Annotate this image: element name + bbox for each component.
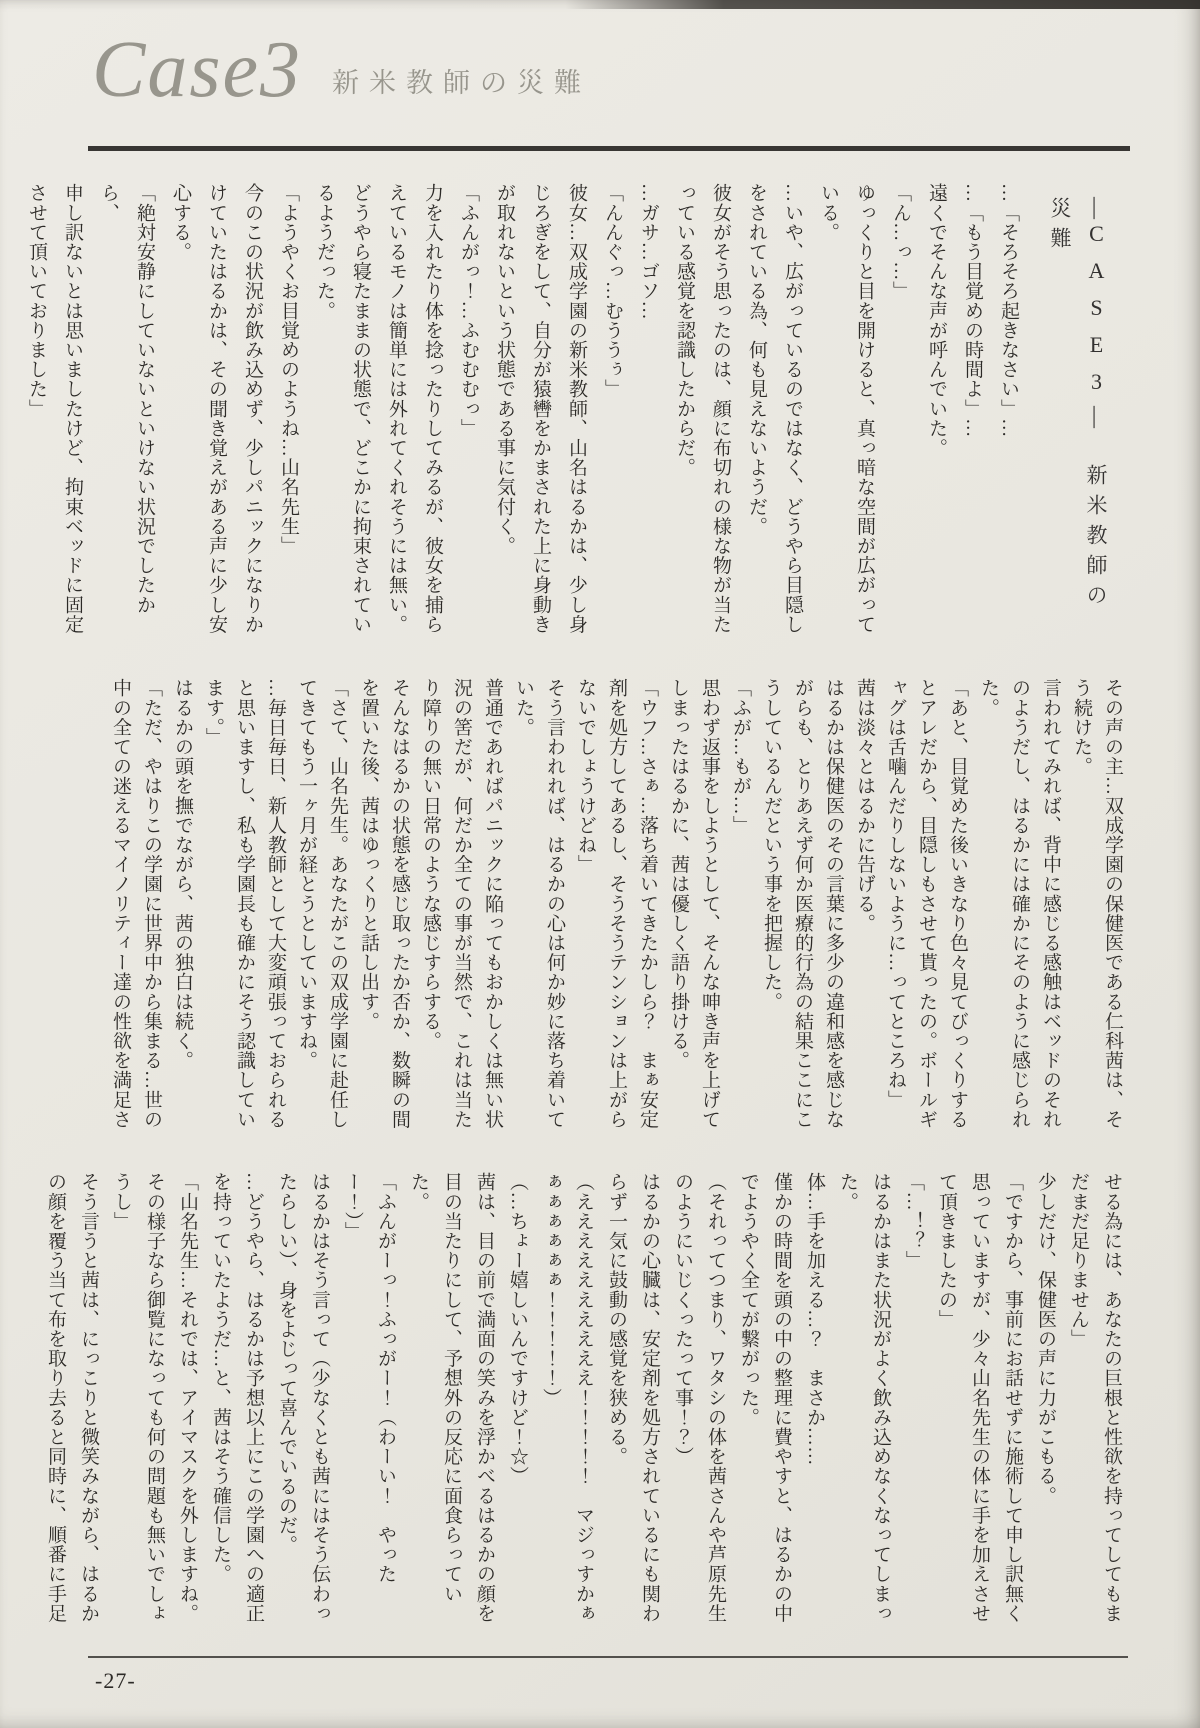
text-column: を置いた後、茜はゆっくりと話し出す。 [353,678,384,1133]
text-column: うしているんだという事を把握した。 [756,678,787,1133]
page-header: Case3 新米教師の災難 [92,30,591,110]
text-column: だまだ足りません」 [1062,1172,1095,1624]
scan-artifact-top-edge [565,0,1200,9]
case-title: Case3 [92,30,302,110]
text-column: ャグは舌噛んだりしないように…ってところね」 [880,678,911,1133]
text-column: せる為には、あなたの巨根と性欲を持ってしてもま [1095,1172,1128,1624]
text-column: て頂きましたの」 [930,1172,963,1624]
text-column: でようやく全てが繋がった。 [732,1172,765,1624]
text-column: 彼女…双成学園の新米教師、山名はるかは、少し身 [558,183,594,635]
text-column: 申し訳ないとは思いましたけど、拘束ベッドに固定 [54,183,90,635]
text-column: 思わず返事をしようとして、そんな呻き声を上げて [694,678,725,1133]
text-column: の顔を覆う当て布を取り去ると同時に、順番に手足 [39,1172,72,1624]
text-column: を持っていたようだ…と、茜はそう確信した。 [204,1172,237,1624]
text-column: 少しだけ、保健医の声に力がこもる。 [1029,1172,1062,1624]
heading-dash: ― [1084,197,1109,221]
text-column: てきてもう一ヶ月が経とうとしていますね。 [291,678,322,1133]
heading-title: CASE3 [1084,221,1109,406]
scanned-novel-page: Case3 新米教師の災難 ―CASE3―新米教師の災難 …「そろそろ起きなさい… [0,0,1200,1728]
text-column: …どうやら、はるかは予想以上にこの学園への適正 [237,1172,270,1624]
text-column: 「ふが…もが…」 [725,678,756,1133]
text-column: 体…手を加える…？ まさか…… [798,1172,831,1624]
text-column: たらしい）、身をよじって喜んでいるのだ。 [270,1172,303,1624]
text-column: えているモノは簡単には外れてくれそうには無い。 [378,183,414,635]
text-column: 彼女がそう思ったのは、顔に布切れの様な物が当た [702,183,738,635]
text-column: …「もう目覚めの時間よ」… [954,183,990,635]
text-column: らず一気に鼓動の感覚を狭める。 [600,1172,633,1624]
text-column: （それってつまり、ワタシの体を茜さんや芦原先生 [699,1172,732,1624]
text-column: 「ふんがっ！…ふむむむっ」 [450,183,486,635]
text-column: …いや、広がっているのではなく、どうやら目隠し [774,183,810,635]
text-column: 剤を処方してあるし、そうそうテンションは上がら [601,678,632,1133]
text-column: 「ん…っ…」 [882,183,918,635]
text-column: 心する。 [162,183,198,635]
page-number: -27- [95,1668,136,1694]
text-column: …毎日毎日、新人教師として大変頑張っておられる [260,678,291,1133]
text-column: その様子なら御覧になっても何の問題も無いでしょ [138,1172,171,1624]
text-column: そう言うと茜は、にっこりと微笑みながら、はるか [72,1172,105,1624]
footer-rule [88,1656,1128,1658]
text-column: う続けた。 [1066,678,1097,1133]
case-subtitle: 新米教師の災難 [332,61,591,100]
text-column: 今のこの状況が飲み込めず、少しパニックになりか [234,183,270,635]
text-column: と思いますし、私も学園長も確かにそう認識してい [229,678,260,1133]
text-column: （…ちょー嬉しいんですけど！☆） [501,1172,534,1624]
text-column: 目の当たりにして、予想外の反応に面食らっていた。 [402,1172,468,1624]
text-column: 「んんぐっ…むううぅ」 [594,183,630,635]
text-column: 茜は淡々とはるかに告げる。 [849,678,880,1133]
text-column: 思っていますが、少々山名先生の体に手を加えさせ [963,1172,996,1624]
text-column: 「ですから、事前にお話せずに施術して申し訳無く [996,1172,1029,1624]
text-column: けていたはるかは、その聞き覚えがある声に少し安 [198,183,234,635]
text-column: …ガサ…ゴソ… [630,183,666,635]
text-column: しまったはるかに、茜は優しく語り掛ける。 [663,678,694,1133]
text-column: させて頂いておりました」 [18,183,54,635]
text-column: はるかの心臓は、安定剤を処方されているにも関わ [633,1172,666,1624]
text-column: た。 [973,678,1004,1133]
text-column: が取れないという状態である事に気付く。 [486,183,522,635]
text-column: 「山名先生…それでは、アイマスクを外しますね。 [171,1172,204,1624]
text-column: 「ふんがーっ！ふっがー！（わーい！ やったー！）」 [336,1172,402,1624]
text-column: 「ようやくお目覚めのようね…山名先生」 [270,183,306,635]
text-column: 茜は、目の前で満面の笑みを浮かべるはるかの顔を [468,1172,501,1624]
text-column: そう言われれば、はるかの心は何か妙に落ち着いて [539,678,570,1133]
text-block-middle: その声の主…双成学園の保健医である仁科茜は、そう続けた。言われてみれば、背中に感… [90,678,1128,1133]
text-column: 「さて、山名先生。あなたがこの双成学園に赴任し [322,678,353,1133]
text-column: 中の全ての迷えるマイノリティー達の性欲を満足さ [105,678,136,1133]
text-column: 普通であればパニックに陥ってもおかしくは無い状 [477,678,508,1133]
text-column: のようだし、はるかには確かにそのように感じられ [1004,678,1035,1133]
text-column: はるかはまた状況がよく飲み込めなくなってしまっ [864,1172,897,1624]
text-column: 況の筈だが、何だか全ての事が当然で、これは当た [446,678,477,1133]
text-column: り障りの無い日常のような感じすらする。 [415,678,446,1133]
text-column: ないでしょうけどね」 [570,678,601,1133]
text-column: 「ただ、やはりこの学園に世界中から集まる…世の [136,678,167,1133]
header-rule [88,146,1130,151]
text-column: どうやら寝たままの状態で、どこかに拘束されてい [342,183,378,635]
section-heading: ―CASE3―新米教師の災難 [1042,183,1114,635]
text-column: ぁぁぁぁぁぁ！！！！！） [534,1172,567,1624]
text-column: のようにいじくったって事！？） [666,1172,699,1624]
text-column: るようだった。 [306,183,342,635]
text-column: …「そろそろ起きなさい」… [990,183,1026,635]
text-block-top: ―CASE3―新米教師の災難 …「そろそろ起きなさい」……「もう目覚めの時間よ」… [90,183,1128,635]
text-column: 遠くでそんな声が呼んでいた。 [918,183,954,635]
text-column: ゆっくりと目を開けると、真っ暗な空間が広がって [846,183,882,635]
text-column: とアレだから、目隠しもさせて貰ったの。ボールギ [911,678,942,1133]
text-column: た。 [831,1172,864,1624]
text-column: 「あと、目覚めた後いきなり色々見てびっくりする [942,678,973,1133]
text-column: じろぎをして、自分が猿轡をかまされた上に身動き [522,183,558,635]
text-column: っている感覚を認識したからだ。 [666,183,702,635]
text-column: ます。」 [198,678,229,1133]
text-column: 「絶対安静にしていないといけない状況でしたから、 [90,183,162,635]
text-column: はるかはそう言って（少なくとも茜にはそう伝わっ [303,1172,336,1624]
text-column: （ええええええええええ！！！！！ マジっすかぁ [567,1172,600,1624]
text-column: うし」 [105,1172,138,1624]
text-column: そんなはるかの状態を感じ取ったか否か、数瞬の間 [384,678,415,1133]
text-column: いる。 [810,183,846,635]
text-column: 僅かの時間を頭の中の整理に費やすと、はるかの中 [765,1172,798,1624]
text-column: 「ウフ…さぁ…落ち着いてきたかしら？ まぁ安定 [632,678,663,1133]
text-column: がらも、とりあえず何か医療的行為の結果ここにこ [787,678,818,1133]
text-column: 力を入れたり体を捻ったりしてみるが、彼女を捕ら [414,183,450,635]
text-column: 言われてみれば、背中に感じる感触はベッドのそれ [1035,678,1066,1133]
text-column: はるかは保健医のその言葉に多少の違和感を感じな [818,678,849,1133]
heading-dash: ― [1084,406,1109,430]
text-block-bottom: せる為には、あなたの巨根と性欲を持ってしてもまだまだ足りません」少しだけ、保健医… [90,1172,1128,1624]
text-column: はるかの頭を撫でながら、茜の独白は続く。 [167,678,198,1133]
text-column: その声の主…双成学園の保健医である仁科茜は、そ [1097,678,1128,1133]
text-column: 「…！？」 [897,1172,930,1624]
text-column: をされている為、何も見えないようだ。 [738,183,774,635]
text-column: いた。 [508,678,539,1133]
